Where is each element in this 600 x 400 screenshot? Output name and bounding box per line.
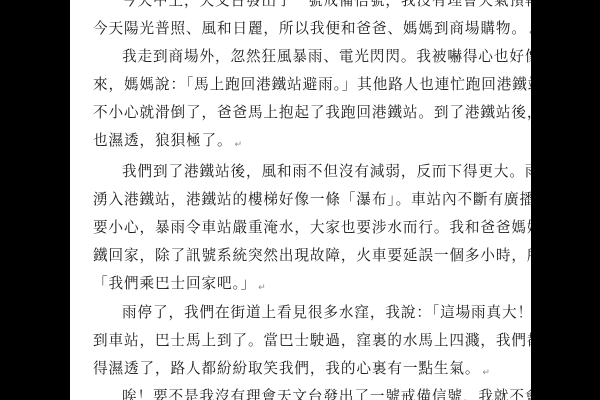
text-line: 鐵回家，除了訊號系統突然出現故障，火車要延誤一個多小時，所以爸爸說： (93, 247, 531, 264)
text-line: 得濕透了，路人都紛紛取笑我們，我的心裏有一點生氣。 (93, 360, 480, 377)
paragraph-3-line-1: 我們到了港鐵站後，風和雨不但沒有減弱，反而下得更大。雨不斷地 (122, 162, 531, 182)
paragraph-2-line-3: 不小心就滑倒了，爸爸馬上抱起了我跑回港鐵站。到了港鐵站後，我們全身 (93, 103, 531, 123)
paragraph-mark-icon: ↵ (234, 140, 242, 150)
paragraph-5-line-1: 唉！要不是我沒有理會天文台發出了一號戒備信號，我就不會變成了 (122, 387, 531, 400)
paragraph-1-line-1: 今天中上，天文台發出了一號戒備信號，我沒有理會天氣預報，因為 (122, 0, 531, 11)
text-line: 也濕透，狼狽極了。 (93, 132, 232, 149)
paragraph-3-line-5: 「我們乘巴士回家吧。」↵ (93, 274, 266, 294)
paragraph-3-line-3: 要小心，暴雨令車站嚴重淹水，大家也要涉水而行。我和爸爸媽媽打算乘馬 (93, 218, 531, 238)
paragraph-2-line-2: 來，媽媽說：「馬上跑回港鐵站避雨。」其他路人也連忙跑回港鐵站，我一 (93, 75, 531, 95)
paragraph-1-line-2: 今天陽光普照、風和日麗，所以我便和爸爸、媽媽到商場購物。↵ (93, 19, 531, 39)
text-line: 來，媽媽說：「馬上跑回港鐵站避雨。」其他路人也連忙跑回港鐵站，我一 (93, 76, 531, 93)
text-line: 「我們乘巴士回家吧。」 (93, 275, 256, 292)
paragraph-4-line-1: 雨停了，我們在街道上看見很多水窪，我說：「這場雨真大！」我們走 (122, 303, 531, 323)
text-line: 我走到商場外，忽然狂風暴雨、電光閃閃。我被嚇得心也好像跳了出 (122, 48, 531, 65)
text-line: 雨停了，我們在街道上看見很多水窪，我說：「這場雨真大！」我們走 (122, 304, 531, 321)
text-line: 不小心就滑倒了，爸爸馬上抱起了我跑回港鐵站。到了港鐵站後，我們全身 (93, 104, 531, 121)
document-page[interactable]: 今天中上，天文台發出了一號戒備信號，我沒有理會天氣預報，因為 今天陽光普照、風和… (70, 0, 531, 400)
paragraph-mark-icon: ↵ (482, 368, 490, 378)
paragraph-3-line-2: 湧入港鐵站，港鐵站的樓梯好像一條「瀑布」。車站內不斷有廣播提醒大家 (93, 190, 531, 210)
text-line: 我們到了港鐵站後，風和雨不但沒有減弱，反而下得更大。雨不斷地 (122, 163, 531, 180)
paragraph-3-line-4: 鐵回家，除了訊號系統突然出現故障，火車要延誤一個多小時，所以爸爸說： (93, 246, 531, 266)
paragraph-mark-icon: ↵ (529, 28, 531, 38)
paragraph-4-line-3: 得濕透了，路人都紛紛取笑我們，我的心裏有一點生氣。↵ (93, 359, 490, 379)
paragraph-4-line-2: 到車站，巴士馬上到了。當巴士駛過，窪裏的水馬上四濺，我們都被水花濺 (93, 331, 531, 351)
text-line: 要小心，暴雨令車站嚴重淹水，大家也要涉水而行。我和爸爸媽媽打算乘馬 (93, 219, 531, 236)
text-line: 湧入港鐵站，港鐵站的樓梯好像一條「瀑布」。車站內不斷有廣播提醒大家 (93, 191, 531, 208)
document-viewport: 今天中上，天文台發出了一號戒備信號，我沒有理會天氣預報，因為 今天陽光普照、風和… (0, 0, 600, 400)
paragraph-mark-icon: ↵ (258, 283, 266, 293)
text-line: 到車站，巴士馬上到了。當巴士駛過，窪裏的水馬上四濺，我們都被水花濺 (93, 332, 531, 349)
text-line: 今天中上，天文台發出了一號戒備信號，我沒有理會天氣預報，因為 (122, 0, 531, 9)
text-line: 今天陽光普照、風和日麗，所以我便和爸爸、媽媽到商場購物。 (93, 20, 527, 37)
paragraph-2-line-1: 我走到商場外，忽然狂風暴雨、電光閃閃。我被嚇得心也好像跳了出 (122, 47, 531, 67)
paragraph-2-line-4: 也濕透，狼狽極了。↵ (93, 131, 242, 151)
text-line: 唉！要不是我沒有理會天文台發出了一號戒備信號，我就不會變成了 (122, 388, 531, 400)
